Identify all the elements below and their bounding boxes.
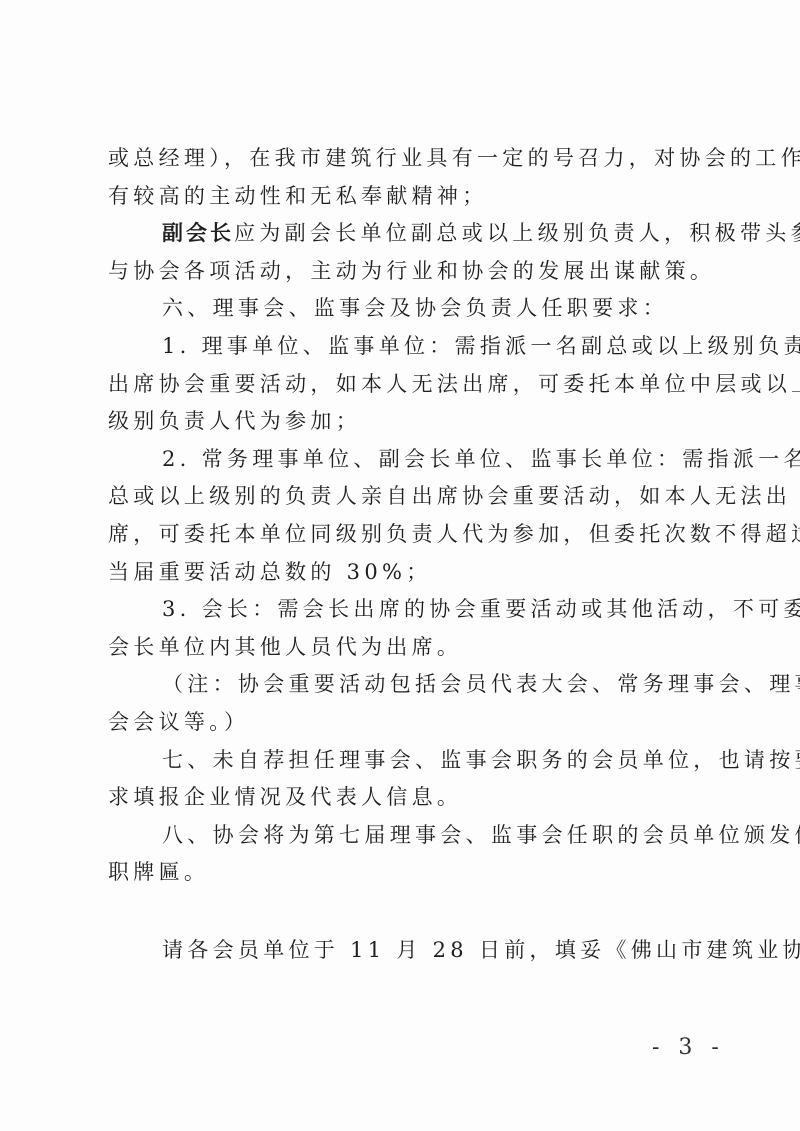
- text-line: 副会长应为副会长单位副总或以上级别负责人，积极带头参: [108, 215, 706, 253]
- text-line: 与协会各项活动，主动为行业和协会的发展出谋献策。: [108, 253, 706, 291]
- text-line: 当届重要活动总数的 30%；: [108, 554, 706, 592]
- text-line: 出席协会重要活动，如本人无法出席，可委托本单位中层或以上: [108, 366, 706, 404]
- text-line: 求填报企业情况及代表人信息。: [108, 779, 706, 817]
- list-item-3: 3. 会长：需会长出席的协会重要活动或其他活动，不可委托: [108, 591, 706, 629]
- section-heading-8: 八、协会将为第七届理事会、监事会任职的会员单位颁发任: [108, 817, 706, 855]
- text-line: 或总经理），在我市建筑行业具有一定的号召力，对协会的工作: [108, 140, 706, 178]
- closing-paragraph: 请各会员单位于 11 月 28 日前，填妥《佛山市建筑业协会第: [108, 932, 706, 970]
- document-page: 或总经理），在我市建筑行业具有一定的号召力，对协会的工作 有较高的主动性和无私奉…: [0, 0, 800, 1131]
- list-item-2: 2. 常务理事单位、副会长单位、监事长单位：需指派一名副: [108, 441, 706, 479]
- text-line: 总或以上级别的负责人亲自出席协会重要活动，如本人无法出: [108, 478, 706, 516]
- note-paragraph: （注：协会重要活动包括会员代表大会、常务理事会、理事: [108, 666, 706, 704]
- document-body: 或总经理），在我市建筑行业具有一定的号召力，对协会的工作 有较高的主动性和无私奉…: [108, 140, 706, 969]
- text-line: 级别负责人代为参加；: [108, 403, 706, 441]
- bold-term-vice-president: 副会长: [162, 221, 234, 245]
- paragraph-gap: [108, 892, 706, 932]
- text-line: 会会议等。）: [108, 704, 706, 742]
- text-span: 应为副会长单位副总或以上级别负责人，积极带头参: [234, 221, 800, 245]
- text-line: 席，可委托本单位同级别负责人代为参加，但委托次数不得超过: [108, 516, 706, 554]
- text-line: 有较高的主动性和无私奉献精神；: [108, 178, 706, 216]
- section-heading-7: 七、未自荐担任理事会、监事会职务的会员单位，也请按要: [108, 742, 706, 780]
- text-line: 会长单位内其他人员代为出席。: [108, 629, 706, 667]
- list-item-1: 1. 理事单位、监事单位：需指派一名副总或以上级别负责人: [108, 328, 706, 366]
- text-line: 职牌匾。: [108, 854, 706, 892]
- page-number: - 3 -: [652, 1035, 725, 1060]
- section-heading-6: 六、理事会、监事会及协会负责人任职要求：: [108, 290, 706, 328]
